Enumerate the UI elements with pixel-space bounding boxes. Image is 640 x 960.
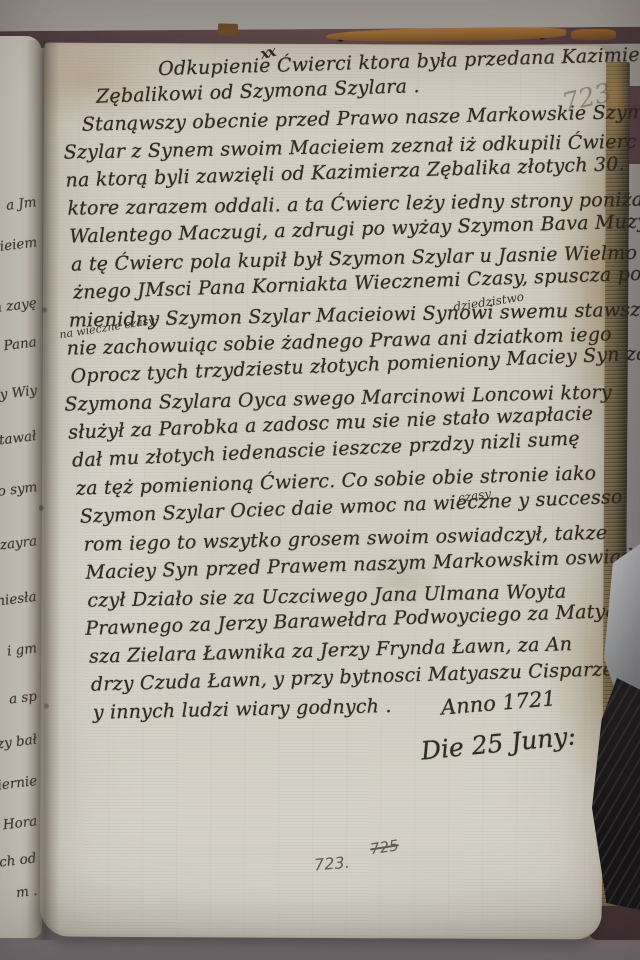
left-page-text-fragment: zdzieiem bbox=[0, 234, 38, 257]
left-page-text-fragment: a niesła bbox=[0, 589, 38, 611]
left-page-text-fragment: a sp bbox=[8, 688, 38, 707]
left-page-text-fragment: y Hora bbox=[0, 813, 38, 835]
left-page-text-fragment: ney Pana bbox=[0, 334, 38, 357]
left-page-text-fragment: ekach od bbox=[0, 850, 38, 873]
left-page-text-fragment: m . bbox=[15, 883, 38, 901]
pencil-page-number-struck: 725 bbox=[369, 836, 400, 858]
left-page-text-fragment: y zayra bbox=[0, 533, 38, 555]
left-page-text-fragment: zy bał bbox=[0, 732, 38, 753]
manuscript-text-block: Odkupienie Ćwierci ktora była przedana K… bbox=[54, 55, 606, 798]
binding-wear-patch bbox=[326, 26, 566, 43]
left-page-text-fragment: si, y Wiy bbox=[0, 383, 38, 406]
left-page-text-fragment: Wystawał bbox=[0, 428, 38, 452]
left-page-text-fragment: a Jm bbox=[6, 194, 38, 214]
left-page-text-fragment: po sym bbox=[0, 479, 38, 501]
pencil-page-number: 723. bbox=[313, 853, 350, 875]
binding-wear-tab bbox=[218, 23, 238, 36]
left-page-text-fragment: i gm bbox=[6, 640, 38, 660]
left-page-text-fragment: m zayę bbox=[0, 295, 38, 317]
right-page: xx 723 Odkupienie Ćwierci ktora była prz… bbox=[40, 43, 607, 940]
left-page-text-fragment: wiernie bbox=[0, 773, 38, 795]
left-page-edge: a Jmzdzieiemm zayęney Panasi, y WiyWysta… bbox=[0, 36, 42, 938]
binding-wear-patch-small bbox=[571, 29, 616, 40]
manuscript-body: Stanąwszy obecnie przed Prawo nasze Mark… bbox=[55, 111, 606, 730]
photo-of-open-book: a Jmzdzieiemm zayęney Panasi, y WiyWysta… bbox=[0, 0, 640, 960]
